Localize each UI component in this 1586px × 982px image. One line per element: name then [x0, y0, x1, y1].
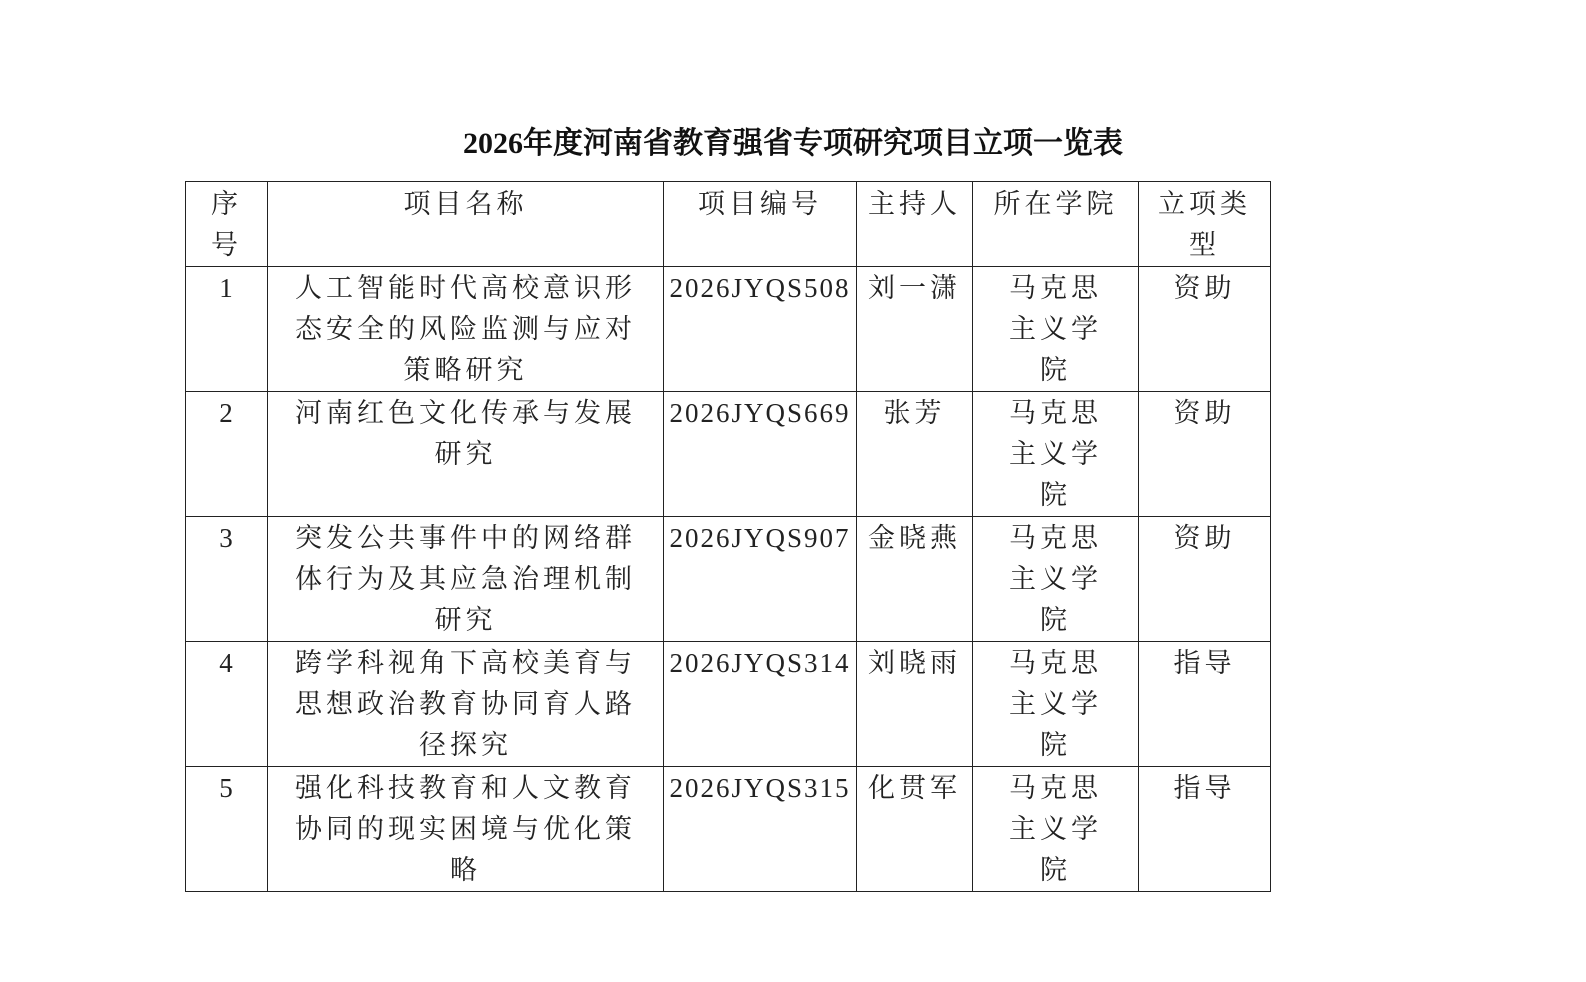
row-name: 人工智能时代高校意识形态安全的风险监测与应对策略研究: [268, 267, 664, 392]
row-host: 化贯军: [857, 767, 973, 892]
row-name: 强化科技教育和人文教育协同的现实困境与优化策略: [268, 767, 664, 892]
row-code: 2026JYQS314: [664, 642, 857, 767]
row-college: 马克思主义学院: [973, 392, 1139, 517]
row-name: 跨学科视角下高校美育与思想政治教育协同育人路径探究: [268, 642, 664, 767]
header-name: 项目名称: [268, 182, 664, 267]
row-college: 马克思主义学院: [973, 767, 1139, 892]
row-index: 1: [186, 267, 268, 392]
row-code: 2026JYQS907: [664, 517, 857, 642]
table-row: 5 强化科技教育和人文教育协同的现实困境与优化策略 2026JYQS315 化贯…: [186, 767, 1271, 892]
header-college: 所在学院: [973, 182, 1139, 267]
table-header-row: 序号 项目名称 项目编号 主持人 所在学院 立项类型: [186, 182, 1271, 267]
row-college: 马克思主义学院: [973, 517, 1139, 642]
table-row: 4 跨学科视角下高校美育与思想政治教育协同育人路径探究 2026JYQS314 …: [186, 642, 1271, 767]
document-title: 2026年度河南省教育强省专项研究项目立项一览表: [0, 118, 1586, 162]
row-index: 4: [186, 642, 268, 767]
row-type: 资助: [1139, 392, 1271, 517]
row-type: 指导: [1139, 767, 1271, 892]
table-row: 3 突发公共事件中的网络群体行为及其应急治理机制研究 2026JYQS907 金…: [186, 517, 1271, 642]
row-host: 张芳: [857, 392, 973, 517]
header-host: 主持人: [857, 182, 973, 267]
row-type: 指导: [1139, 642, 1271, 767]
project-table: 序号 项目名称 项目编号 主持人 所在学院 立项类型 1 人工智能时代高校意识形…: [185, 181, 1271, 892]
row-host: 刘一潇: [857, 267, 973, 392]
row-index: 3: [186, 517, 268, 642]
row-host: 刘晓雨: [857, 642, 973, 767]
row-name: 河南红色文化传承与发展研究: [268, 392, 664, 517]
row-name: 突发公共事件中的网络群体行为及其应急治理机制研究: [268, 517, 664, 642]
row-code: 2026JYQS669: [664, 392, 857, 517]
row-index: 2: [186, 392, 268, 517]
table-row: 2 河南红色文化传承与发展研究 2026JYQS669 张芳 马克思主义学院 资…: [186, 392, 1271, 517]
row-type: 资助: [1139, 267, 1271, 392]
row-college: 马克思主义学院: [973, 642, 1139, 767]
header-index: 序号: [186, 182, 268, 267]
row-college: 马克思主义学院: [973, 267, 1139, 392]
header-code: 项目编号: [664, 182, 857, 267]
row-host: 金晓燕: [857, 517, 973, 642]
header-type: 立项类型: [1139, 182, 1271, 267]
table-row: 1 人工智能时代高校意识形态安全的风险监测与应对策略研究 2026JYQS508…: [186, 267, 1271, 392]
row-code: 2026JYQS508: [664, 267, 857, 392]
row-type: 资助: [1139, 517, 1271, 642]
row-index: 5: [186, 767, 268, 892]
row-code: 2026JYQS315: [664, 767, 857, 892]
